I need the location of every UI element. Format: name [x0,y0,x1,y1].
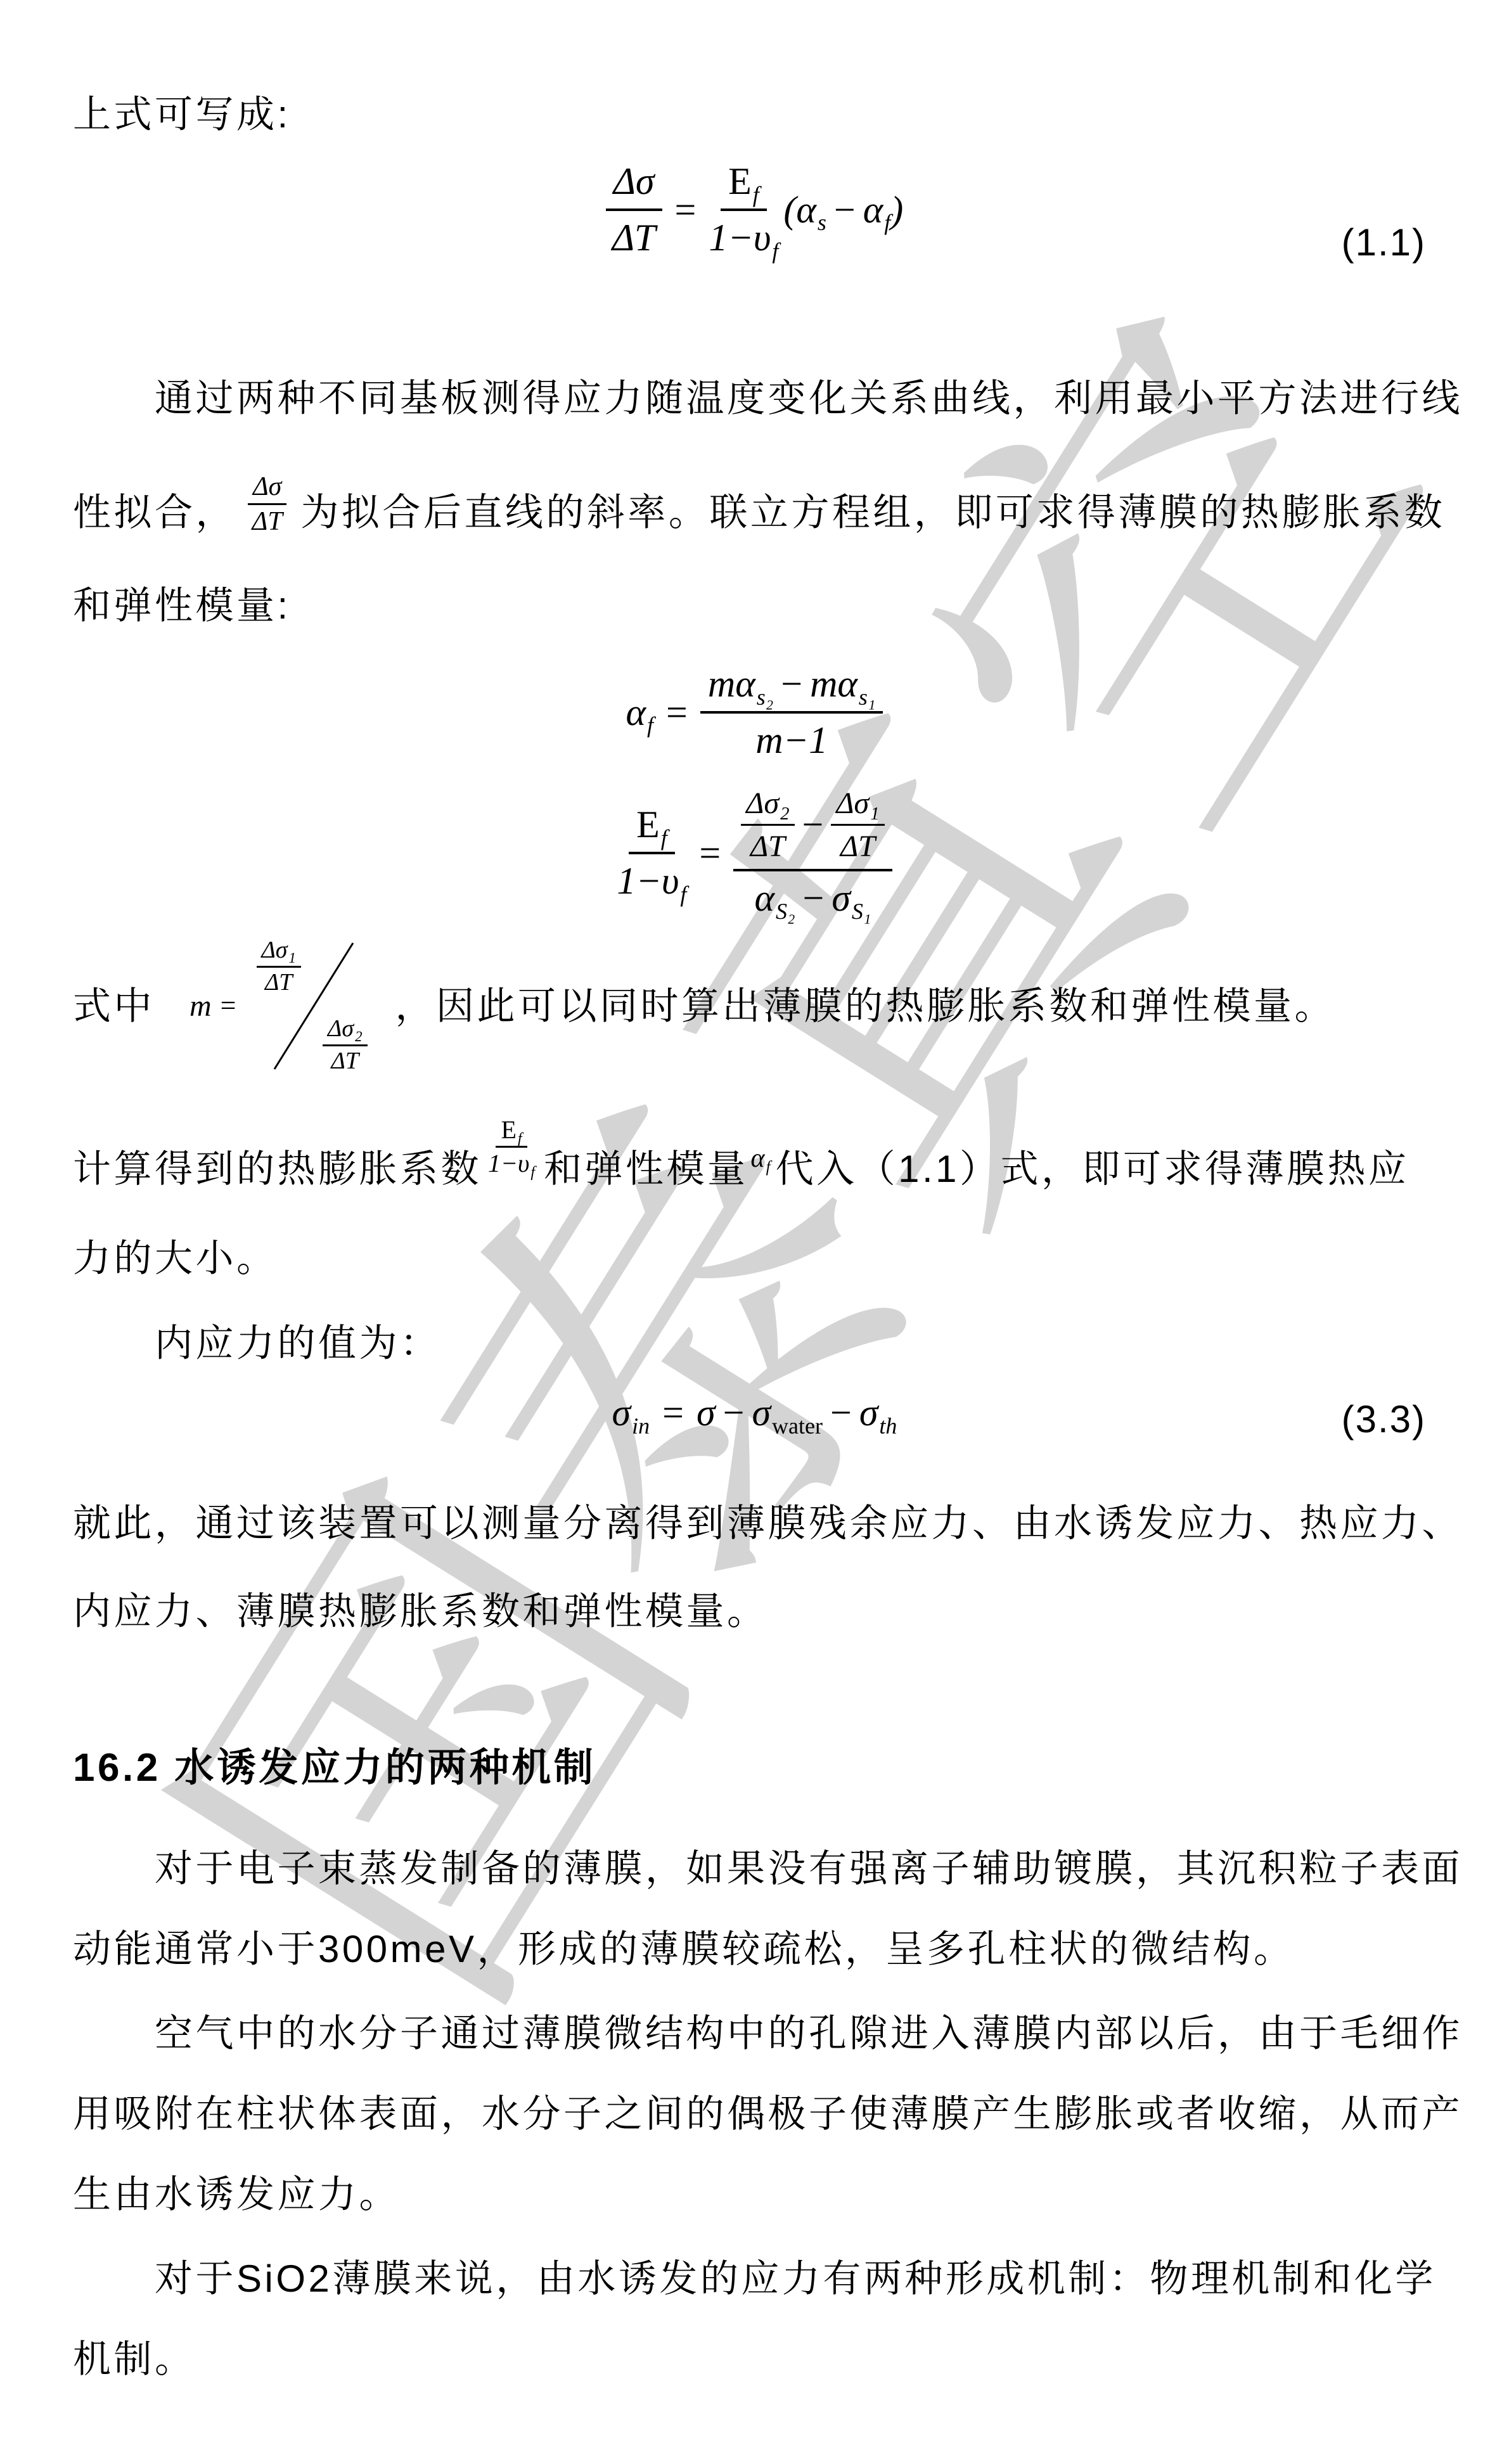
paragraph1-line2-prefix: 性拟合， [73,490,236,536]
eq11-lhs-numerator: Δσ [606,160,662,211]
m-definition-line: 式中 m = Δσ1 ΔT Δσ2 ΔT ，因此可以同时算出薄膜的热膨胀系数和弹… [73,938,1335,1074]
minus-sign: − [802,803,824,847]
slant-top-fraction: Δσ1 ΔT [257,938,301,996]
symbol-sigma-S1: σ [832,877,851,919]
inline-modulus-denominator: 1−υf [488,1148,535,1177]
eq-modulus-equals: = [699,831,721,875]
subscript-f: f [766,1158,771,1176]
symbol-sigma-th: σth [859,1391,897,1435]
inline-modulus-numerator: Ef [496,1117,527,1148]
subscript-f: f [647,712,653,738]
minus-sign: − [723,1391,745,1435]
paragraph3-line2: 内应力、薄膜热膨胀系数和弹性模量。 [73,1589,768,1634]
paragraph4-line2: 动能通常小于300meV，形成的薄膜较疏松，呈多孔柱状的微结构。 [73,1927,1294,1972]
slanted-fraction: Δσ1 ΔT Δσ2 ΔT [257,938,368,1074]
paragraph1-line3: 和弹性模量: [73,583,291,629]
paren-close: ) [890,189,903,231]
equation-3-3-label: (3.3) [1342,1397,1426,1441]
subscript-f: f [680,882,686,907]
symbol-sigma-water: σwater [752,1391,823,1435]
section-heading: 16.2 水诱发应力的两种机制 [73,1745,596,1792]
symbol-sigma: σ [697,1391,716,1435]
paragraph1-line2: 性拟合， Δσ ΔT 为拟合后直线的斜率。联立方程组，即可求得薄膜的热膨胀系数 [73,458,1445,536]
paragraph6-line2: 机制。 [73,2337,196,2382]
term-m-alpha-s1: mα [810,663,857,705]
eq-modulus-rhs-numerator: Δσ2 ΔT − Δσ1 ΔT [733,786,892,871]
subscript-1: 1 [289,950,296,966]
slant-top-denominator: ΔT [265,968,292,996]
subscript-s2: s₂ [757,684,774,710]
symbol-delta-sigma: Δσ [262,937,288,963]
subscript-th: th [879,1413,897,1439]
inline-slope-denominator: ΔT [252,505,283,536]
subscript-in: in [632,1413,650,1439]
paragraph4-line1: 对于电子束蒸发制备的薄膜，如果没有强离子辅助镀膜，其沉积粒子表面 [73,1846,1463,1892]
subscript-f: f [884,210,890,235]
symbol-delta-sigma: Δσ [746,786,779,820]
slant-bottom-denominator: ΔT [331,1046,359,1074]
subscript-f: f [661,825,667,850]
eq11-equals: = [675,188,697,232]
nested-frac1-numerator: Δσ1 [831,786,884,826]
m-equals: = [221,989,236,1023]
paragraph5-line2: 用吸附在柱状体表面，水分子之间的偶极子使薄膜产生膨胀或者收缩，从而产 [73,2091,1463,2137]
subscript-1: 1 [870,804,879,824]
eq11-rhs-denominator: 1−υf [709,211,778,260]
equation-modulus: Ef 1−υf = Δσ2 ΔT − Δσ1 ΔT αS₂−σS₁ [0,786,1509,920]
paragraph2-line1-mid: 和弹性模量 [544,1146,748,1192]
slant-top-numerator: Δσ1 [257,938,301,968]
slant-bottom-fraction: Δσ2 ΔT [323,1017,367,1074]
symbol-one-minus-nu: 1−υ [709,217,771,259]
paragraph1-line2-suffix: 为拟合后直线的斜率。联立方程组，即可求得薄膜的热膨胀系数 [300,490,1445,536]
paragraph2-line2: 力的大小。 [73,1236,278,1281]
subscript-water: water [772,1413,823,1439]
symbol-alpha: α [751,1144,765,1173]
subscript-S2: S₂ [776,899,795,924]
m-definition-prefix: 式中 [73,984,155,1029]
symbol-sigma: σ [859,1392,878,1434]
subscript-f: f [772,238,778,264]
paragraph2-line1-suffix: 代入（1.1）式，即可求得薄膜热应 [776,1146,1409,1192]
symbol-sigma: σ [752,1392,771,1434]
subscript-f: f [530,1164,535,1181]
paragraph2-line1: 计算得到的热膨胀系数 Ef 1−υf 和弹性模量 αf 代入（1.1）式，即可求… [73,1113,1409,1192]
subscript-S1: S₁ [852,899,871,924]
paragraph5-line1: 空气中的水分子通过薄膜微结构中的孔隙进入薄膜内部以后，由于毛细作 [73,2011,1463,2057]
symbol-one-minus-nu: 1−υ [617,860,679,902]
eq11-rhs-numerator: Ef [721,160,767,211]
subscript-f: f [518,1131,522,1147]
minus-sign: − [830,1391,852,1435]
symbol-E: E [636,804,660,845]
eq11-lhs-fraction: Δσ ΔT [606,160,662,260]
paragraph2-line1-prefix: 计算得到的热膨胀系数 [73,1146,482,1192]
subscript-s1: s₁ [859,684,876,710]
eq-modulus-lhs-fraction: Ef 1−υf [617,803,686,903]
paragraph1-line1: 通过两种不同基板测得应力随温度变化关系曲线，利用最小平方法进行线 [73,376,1463,421]
slant-bottom-numerator: Δσ2 [323,1017,367,1046]
eq-modulus-lhs-numerator: Ef [629,803,675,854]
minus-sign: − [781,663,802,705]
eq-modulus-rhs-denominator: αS₂−σS₁ [754,871,871,920]
minus-sign: − [834,189,856,231]
paragraph5-line3: 生由水诱发应力。 [73,2172,400,2217]
subscript-f: f [753,182,759,207]
equation-3-3: σin = σ − σwater − σth [0,1391,1509,1435]
symbol-E: E [728,160,752,202]
eq-alpha-lhs: αf [626,691,654,735]
intro-line: 上式可写成: [73,92,291,138]
symbol-sigma-in: σ [612,1392,631,1434]
symbol-alpha: α [626,691,646,733]
eq33-equals: = [662,1391,684,1435]
inline-modulus-fraction: Ef 1−υf [488,1117,535,1177]
symbol-alpha-s: α [796,189,816,231]
inline-slope-fraction: Δσ ΔT [248,473,286,536]
eq-alpha-fraction: mαs₂−mαs₁ m−1 [700,662,883,762]
eq11-lhs-denominator: ΔT [612,211,656,260]
symbol-alpha-f: α [863,189,883,231]
nested-frac2-numerator: Δσ2 [741,786,794,826]
symbol-alpha-S2: α [754,877,774,919]
document-page: 国泰真空 上式可写成: Δσ ΔT = Ef 1−υf (αs−αf) (1.1… [0,0,1509,2464]
eq11-factor: (αs−αf) [783,188,903,232]
symbol-delta-sigma: Δσ [836,786,869,820]
eq11-rhs-fraction: Ef 1−υf [709,160,778,260]
subscript-2: 2 [355,1029,362,1044]
symbol-m: m [189,988,212,1025]
symbol-delta-sigma: Δσ [328,1015,354,1042]
nested-fraction-dsigma2: Δσ2 ΔT [741,786,794,864]
subscript-s: s [818,210,826,235]
eq-modulus-rhs-fraction: Δσ2 ΔT − Δσ1 ΔT αS₂−σS₁ [733,786,892,920]
paragraph3-line1: 就此，通过该装置可以测量分离得到薄膜残余应力、由水诱发应力、热应力、 [73,1501,1463,1546]
paren-open: ( [783,189,796,231]
inline-slope-numerator: Δσ [248,473,286,505]
symbol-one-minus-nu: 1−υ [488,1149,529,1177]
term-m-alpha-s2: mα [708,663,755,705]
equation-alpha-f: αf = mαs₂−mαs₁ m−1 [0,662,1509,762]
symbol-E: E [501,1115,516,1144]
eq-modulus-lhs-denominator: 1−υf [617,854,686,903]
equation-1-1-label: (1.1) [1342,221,1426,264]
nested-frac1-denominator: ΔT [840,826,875,864]
paragraph6-line1: 对于SiO2薄膜来说，由水诱发的应力有两种形成机制：物理机制和化学 [73,2256,1436,2302]
eq-alpha-numerator: mαs₂−mαs₁ [700,662,883,714]
eq-alpha-denominator: m−1 [755,714,828,762]
minus-sign: − [802,877,824,919]
inline-alpha-f: αf [751,1143,771,1174]
eq-alpha-equals: = [666,691,688,735]
m-definition-suffix: ，因此可以同时算出薄膜的热膨胀系数和弹性模量。 [395,984,1336,1029]
nested-fraction-dsigma1: Δσ1 ΔT [831,786,884,864]
nested-frac2-denominator: ΔT [750,826,785,864]
equation-1-1: Δσ ΔT = Ef 1−υf (αs−αf) [0,160,1509,260]
eq33-lhs: σin [612,1391,650,1435]
internal-stress-line: 内应力的值为： [73,1321,441,1366]
subscript-2: 2 [780,804,789,824]
